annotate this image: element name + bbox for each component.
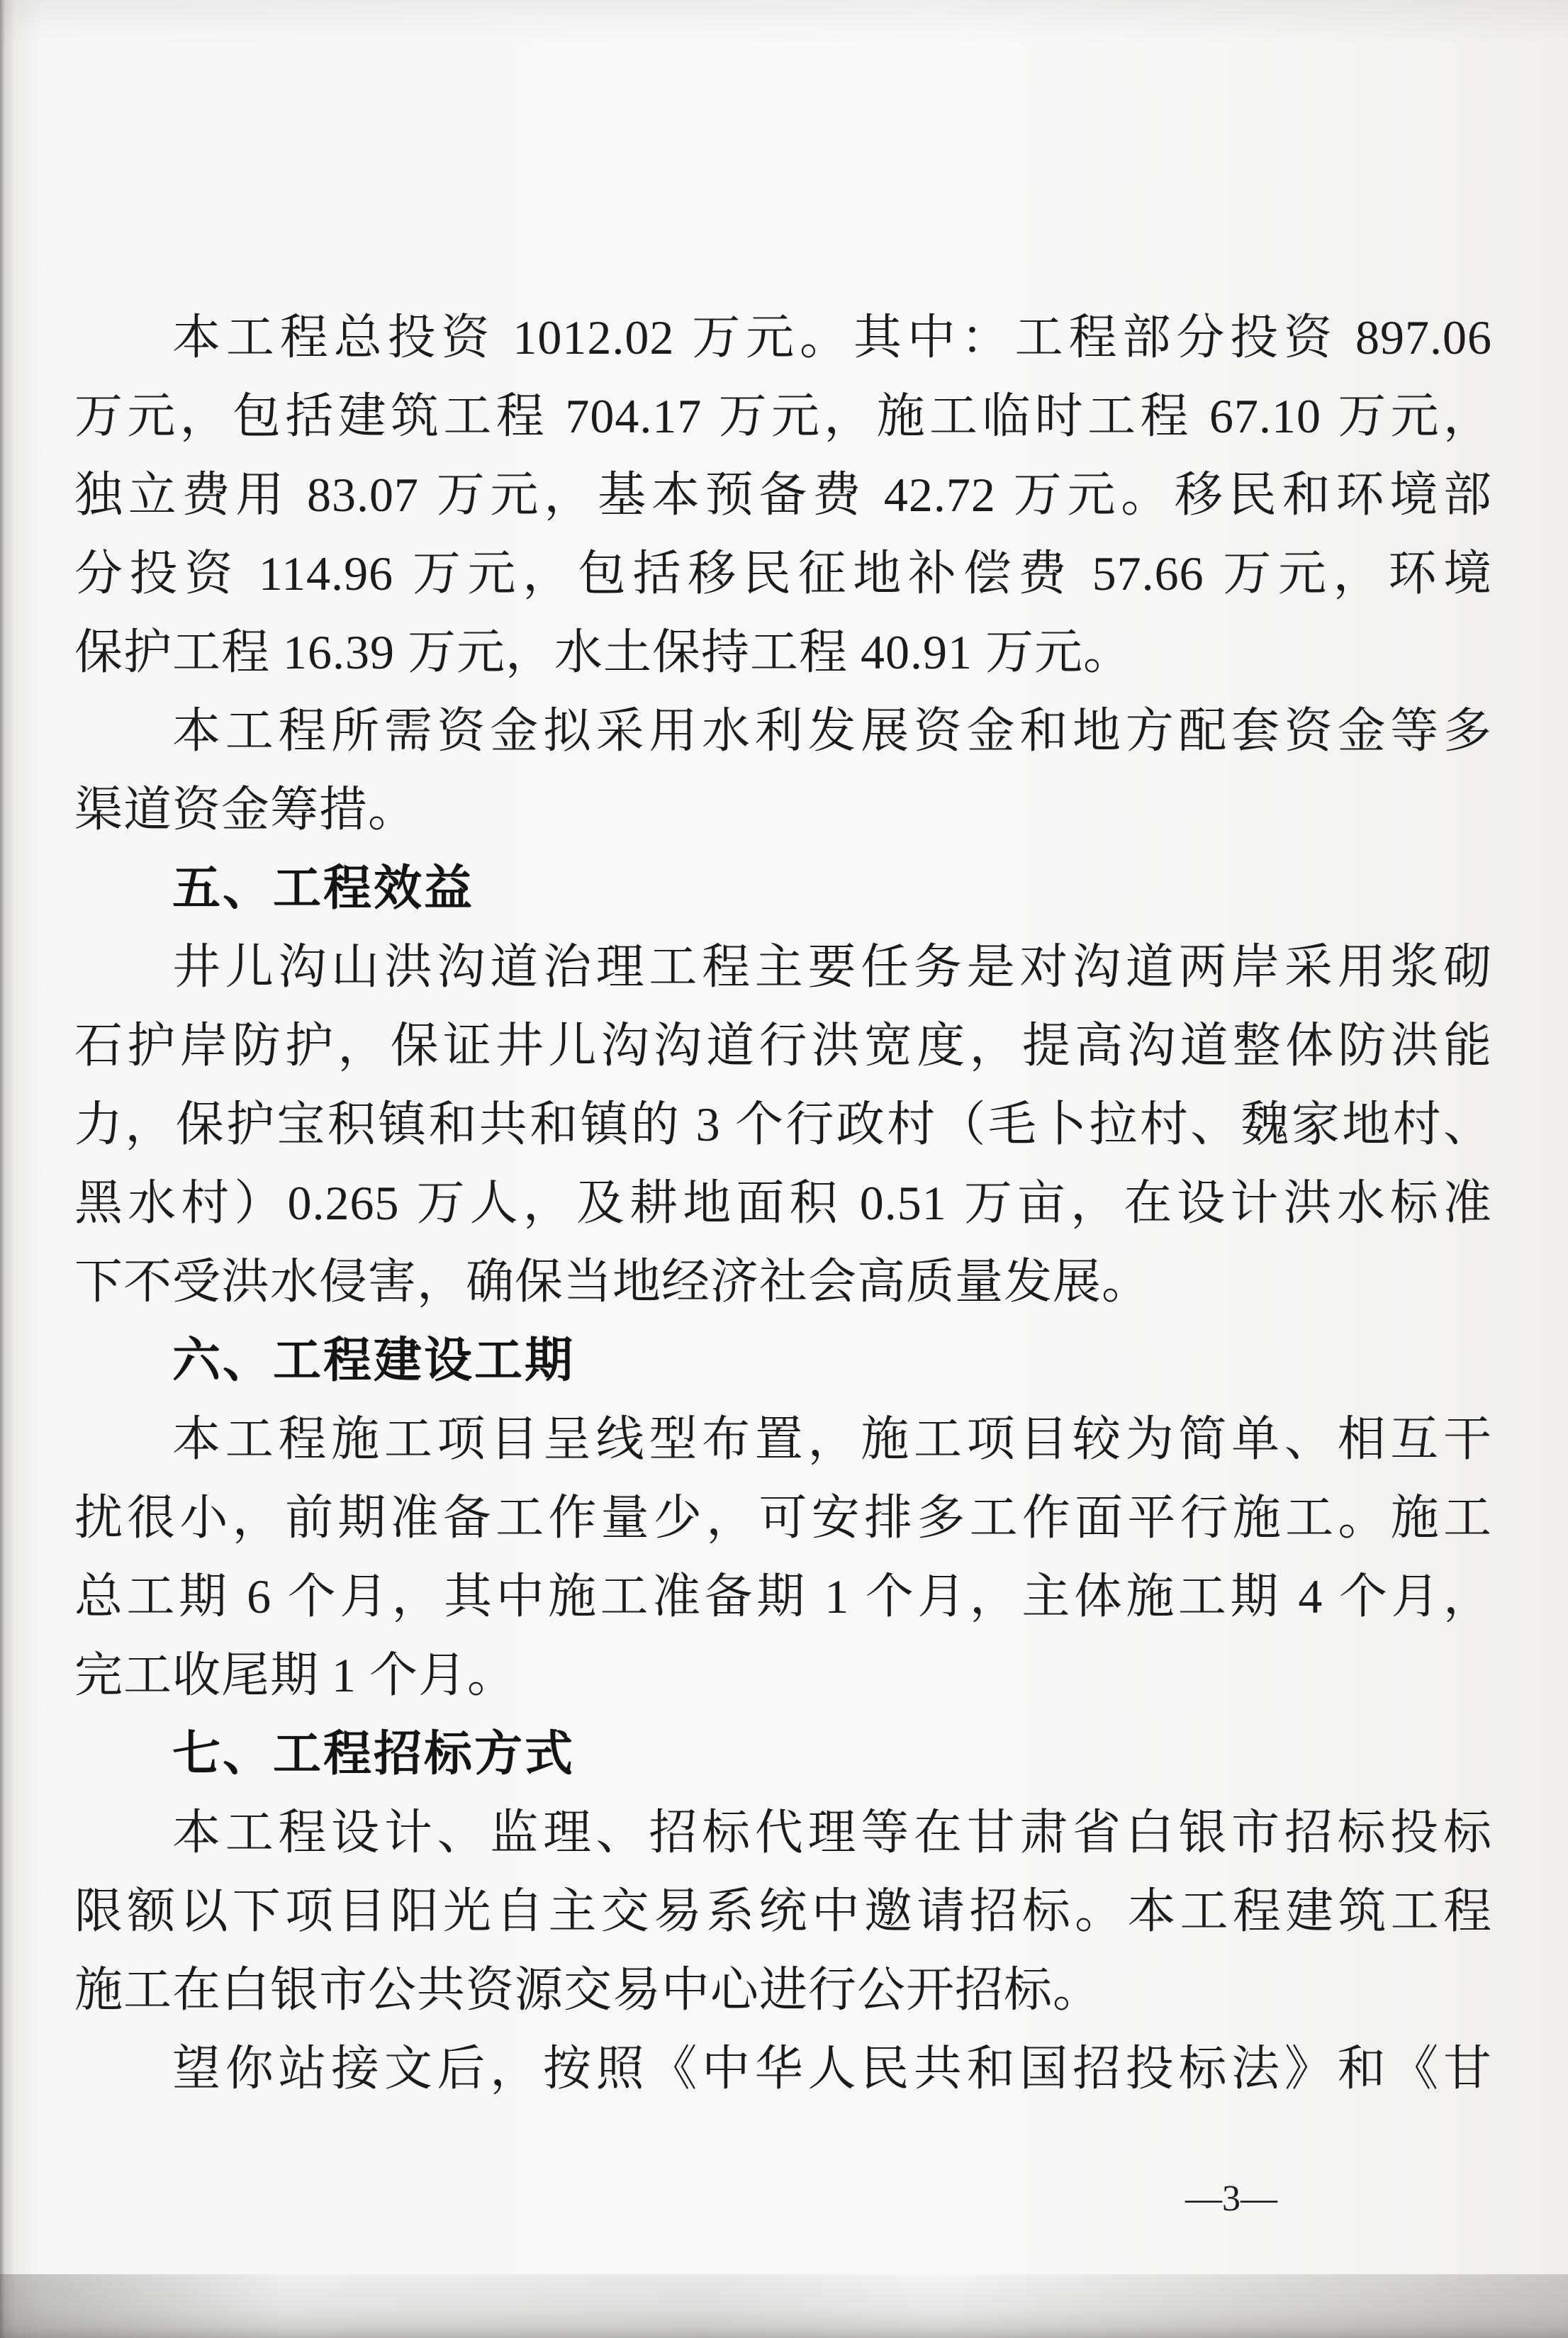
text-line: 黑水村）0.265 万人，及耕地面积 0.51 万亩，在设计洪水标准 bbox=[74, 1164, 1492, 1243]
text-line: 石护岸防护，保证井儿沟沟道行洪宽度，提高沟道整体防洪能 bbox=[74, 1007, 1492, 1085]
text-line: 下不受洪水侵害，确保当地经济社会高质量发展。 bbox=[74, 1243, 1492, 1321]
text-line: 分投资 114.96 万元，包括移民征地补偿费 57.66 万元，环境 bbox=[74, 535, 1492, 613]
page-number: —3— bbox=[1185, 2178, 1277, 2220]
text-line: 本工程施工项目呈线型布置，施工项目较为简单、相互干 bbox=[74, 1400, 1492, 1479]
text-line: 总工期 6 个月，其中施工准备期 1 个月，主体施工期 4 个月， bbox=[74, 1557, 1492, 1636]
text-line: 限额以下项目阳光自主交易系统中邀请招标。本工程建筑工程 bbox=[74, 1872, 1492, 1951]
text-line: 独立费用 83.07 万元，基本预备费 42.72 万元。移民和环境部 bbox=[74, 456, 1492, 535]
section-heading: 六、工程建设工期 bbox=[74, 1321, 1492, 1400]
scanned-document-page: 本工程总投资 1012.02 万元。其中：工程部分投资 897.06万元，包括建… bbox=[0, 0, 1568, 2338]
text-line: 井儿沟山洪沟道治理工程主要任务是对沟道两岸采用浆砌 bbox=[74, 928, 1492, 1007]
text-line: 本工程总投资 1012.02 万元。其中：工程部分投资 897.06 bbox=[74, 298, 1492, 377]
text-line: 完工收尾期 1 个月。 bbox=[74, 1636, 1492, 1715]
text-line: 扰很小，前期准备工作量少，可安排多工作面平行施工。施工 bbox=[74, 1479, 1492, 1557]
text-line: 力，保护宝积镇和共和镇的 3 个行政村（毛卜拉村、魏家地村、 bbox=[74, 1085, 1492, 1164]
text-line: 保护工程 16.39 万元，水土保持工程 40.91 万元。 bbox=[74, 613, 1492, 692]
document-text-block: 本工程总投资 1012.02 万元。其中：工程部分投资 897.06万元，包括建… bbox=[74, 298, 1492, 2108]
text-line: 施工在白银市公共资源交易中心进行公开招标。 bbox=[74, 1951, 1492, 2030]
text-line: 渠道资金筹措。 bbox=[74, 771, 1492, 849]
section-heading: 五、工程效益 bbox=[74, 849, 1492, 928]
text-line: 本工程设计、监理、招标代理等在甘肃省白银市招标投标 bbox=[74, 1794, 1492, 1872]
section-heading: 七、工程招标方式 bbox=[74, 1715, 1492, 1794]
text-line: 万元，包括建筑工程 704.17 万元，施工临时工程 67.10 万元， bbox=[74, 377, 1492, 456]
text-line: 望你站接文后，按照《中华人民共和国招投标法》和《甘 bbox=[74, 2030, 1492, 2108]
text-line: 本工程所需资金拟采用水利发展资金和地方配套资金等多 bbox=[74, 692, 1492, 771]
